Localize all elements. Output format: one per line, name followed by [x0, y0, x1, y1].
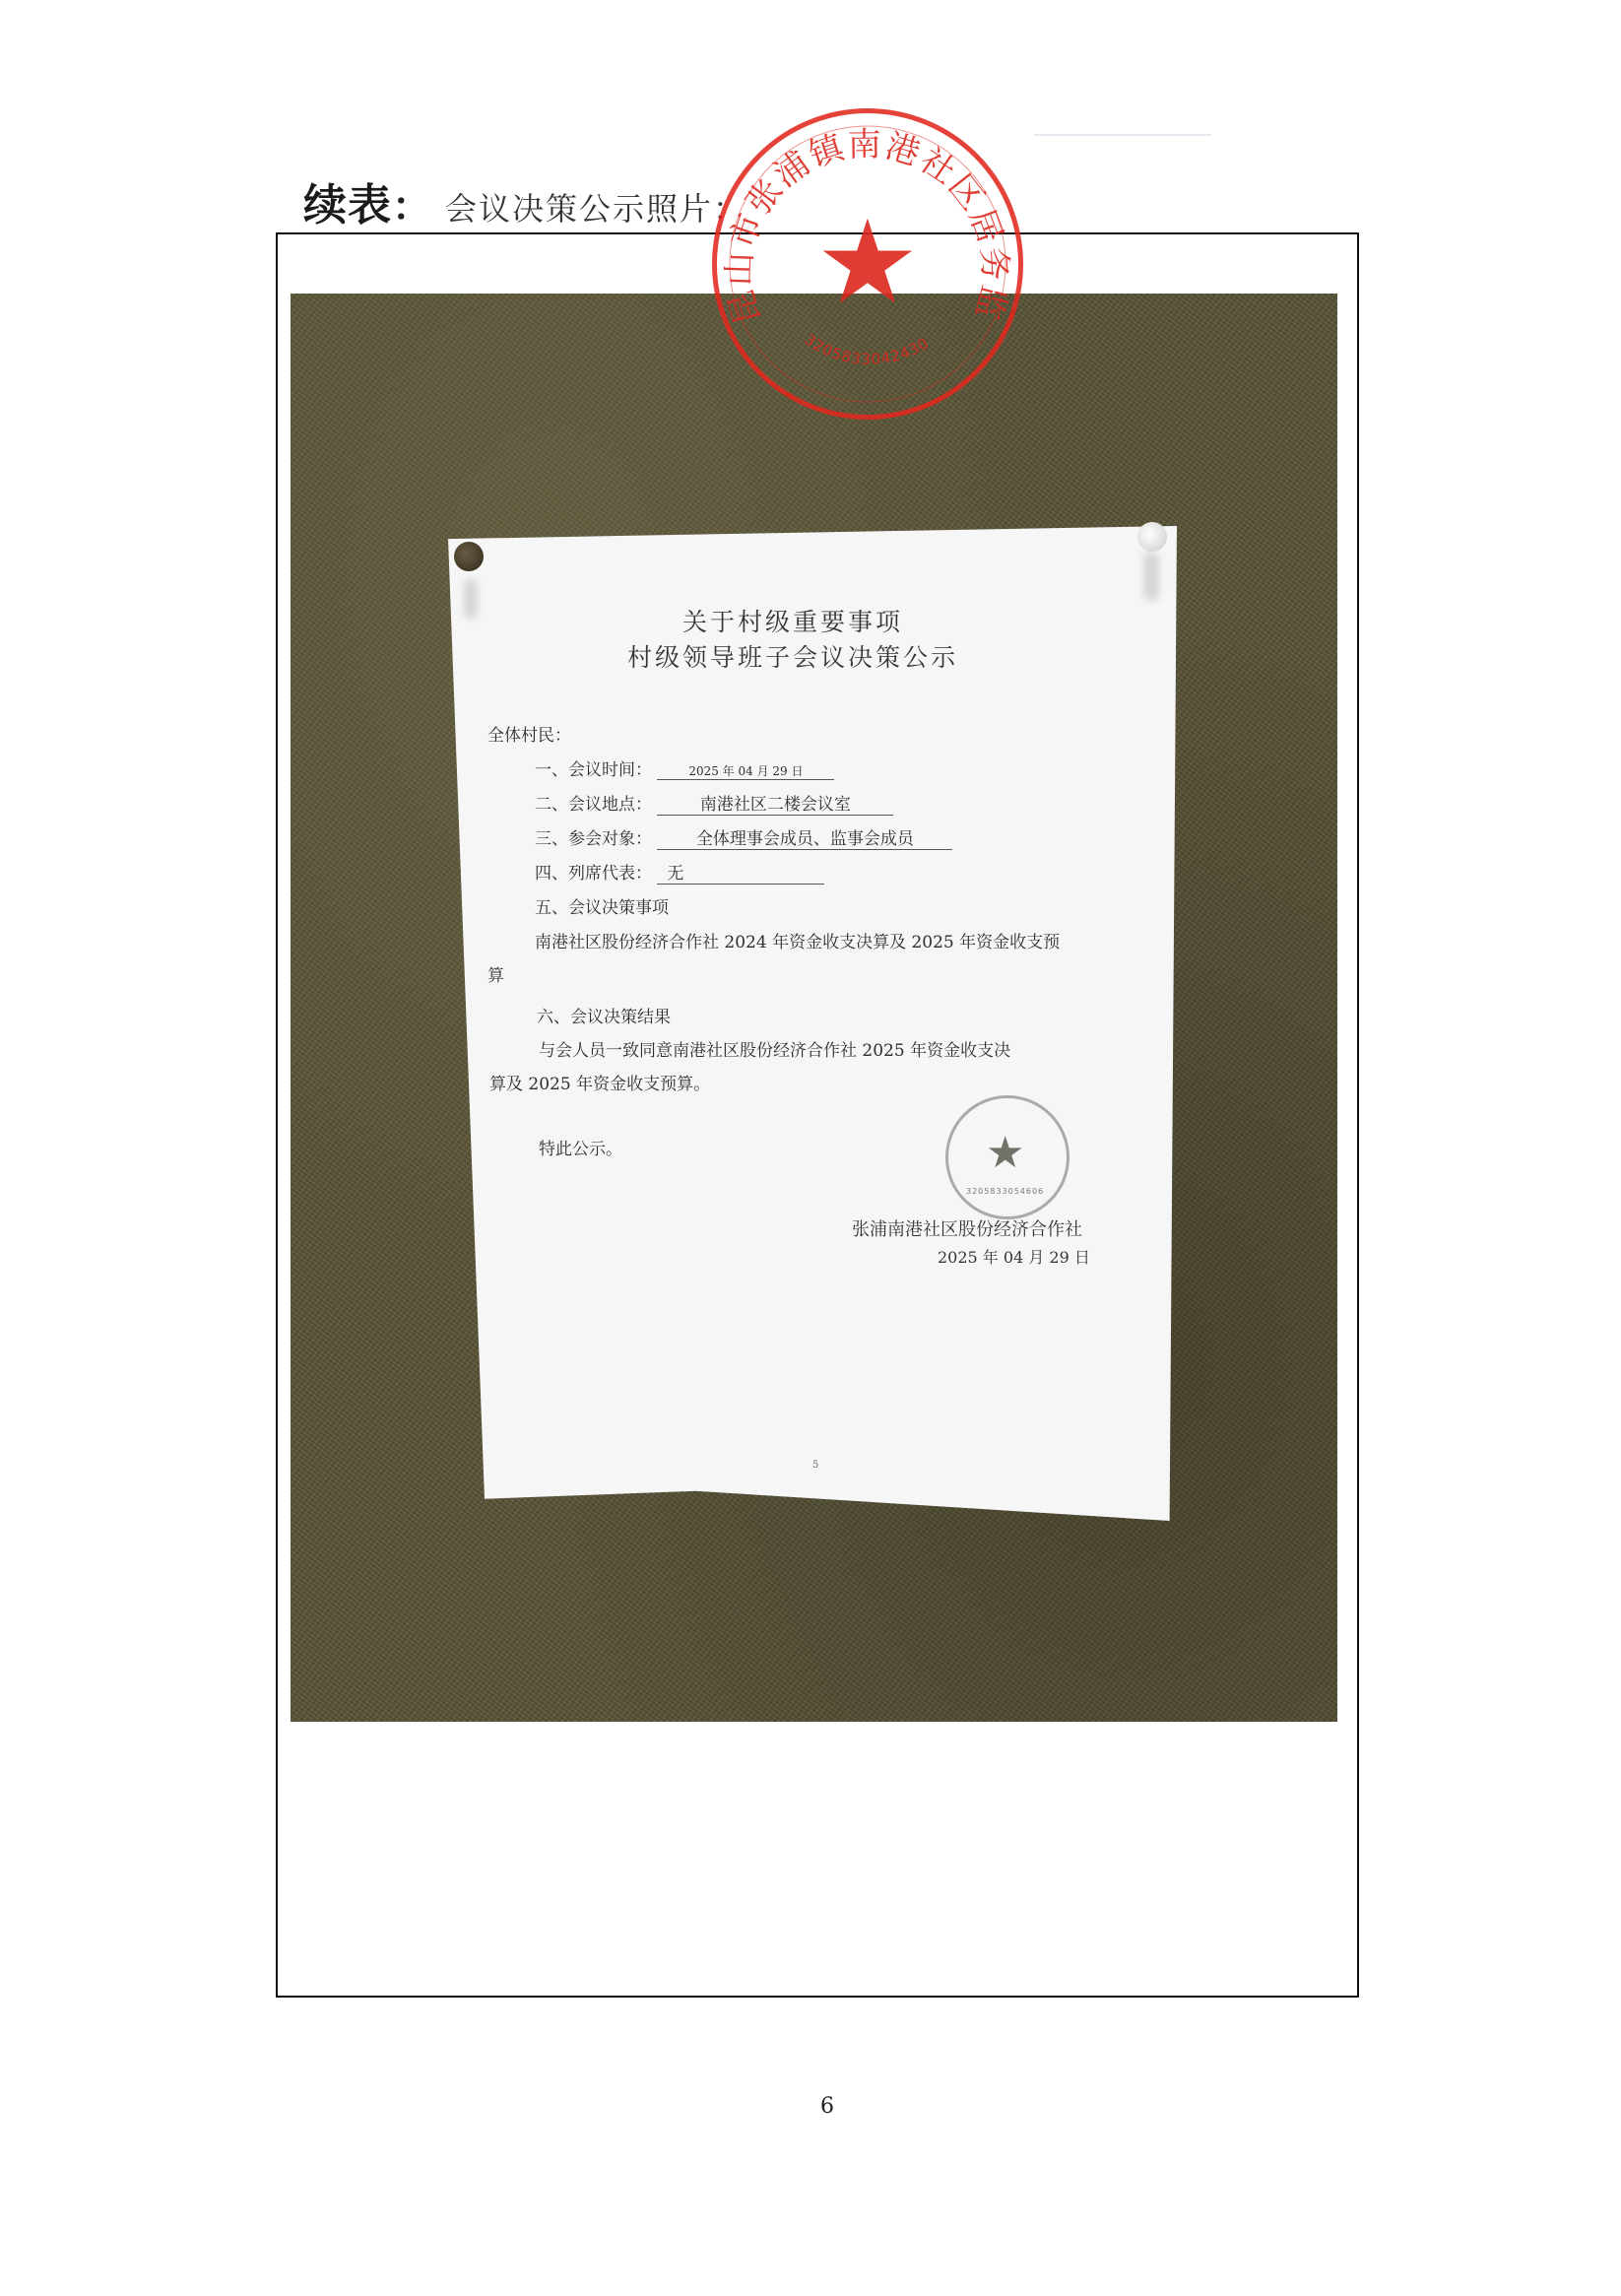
section-heading: 续表 ： 会议决策公示照片： [303, 169, 746, 232]
red-official-seal: 昆山市张浦镇南港社区居务监督委员会 3205833042430 ★ [712, 108, 1023, 420]
item-label: 一、会议时间： [535, 760, 652, 780]
notice-item-attendees: 三、参会对象： 全体理事会成员、监事会成员 [535, 824, 952, 850]
section5-body-line1: 南港社区股份经济合作社 2024 年资金收支决算及 2025 年资金收支预 [535, 928, 1060, 952]
item-label: 四、列席代表： [535, 864, 652, 884]
star-icon: ★ [986, 1128, 1024, 1178]
page-number: 6 [820, 2094, 834, 2119]
notice-document: 关于村级重要事项 村级领导班子会议决策公示 全体村民： 一、会议时间： 2025… [448, 526, 1177, 1521]
item-label: 三、参会对象： [535, 829, 652, 849]
notice-item-location: 二、会议地点： 南港社区二楼会议室 [535, 790, 893, 816]
section6-body-line1: 与会人员一致同意南港社区股份经济合作社 2025 年资金收支决 [539, 1036, 1010, 1061]
heading-colon: ： [392, 175, 431, 231]
section5-title: 五、会议决策事项 [535, 893, 669, 918]
item-label: 二、会议地点： [535, 795, 652, 815]
heading-bold-label: 续表 [303, 169, 392, 232]
section5-body-line2: 算 [487, 961, 504, 986]
notice-closing: 特此公示。 [539, 1135, 622, 1159]
item-value: 全体理事会成员、监事会成员 [657, 824, 952, 850]
item-value: 2025 年 04 月 29 日 [657, 762, 834, 780]
scan-artifact-line [1034, 134, 1211, 136]
paper-page-number: 5 [812, 1460, 818, 1471]
notice-item-time: 一、会议时间： 2025 年 04 月 29 日 [535, 755, 834, 780]
item-value: 南港社区二楼会议室 [657, 790, 893, 816]
cooperative-seal: ★ 3205833054606 [945, 1095, 1070, 1219]
notice-salutation: 全体村民： [487, 721, 571, 746]
notice-title-line1: 关于村级重要事项 [448, 603, 1137, 638]
notice-photo: 关于村级重要事项 村级领导班子会议决策公示 全体村民： 一、会议时间： 2025… [291, 294, 1337, 1722]
star-icon: ★ [815, 204, 920, 320]
heading-caption: 会议决策公示照片： [445, 184, 746, 230]
item-value: 无 [657, 859, 824, 885]
section6-body-line2: 算及 2025 年资金收支预算。 [489, 1070, 710, 1094]
signature-date: 2025 年 04 月 29 日 [938, 1245, 1090, 1268]
signature-organization: 张浦南港社区股份经济合作社 [852, 1215, 1082, 1241]
seal-number: 3205833054606 [966, 1187, 1044, 1196]
notice-title-line2: 村级领导班子会议决策公示 [448, 638, 1137, 674]
notice-item-observers: 四、列席代表： 无 [535, 859, 824, 885]
svg-text:3205833042430: 3205833042430 [802, 331, 933, 368]
section6-title: 六、会议决策结果 [537, 1003, 671, 1027]
